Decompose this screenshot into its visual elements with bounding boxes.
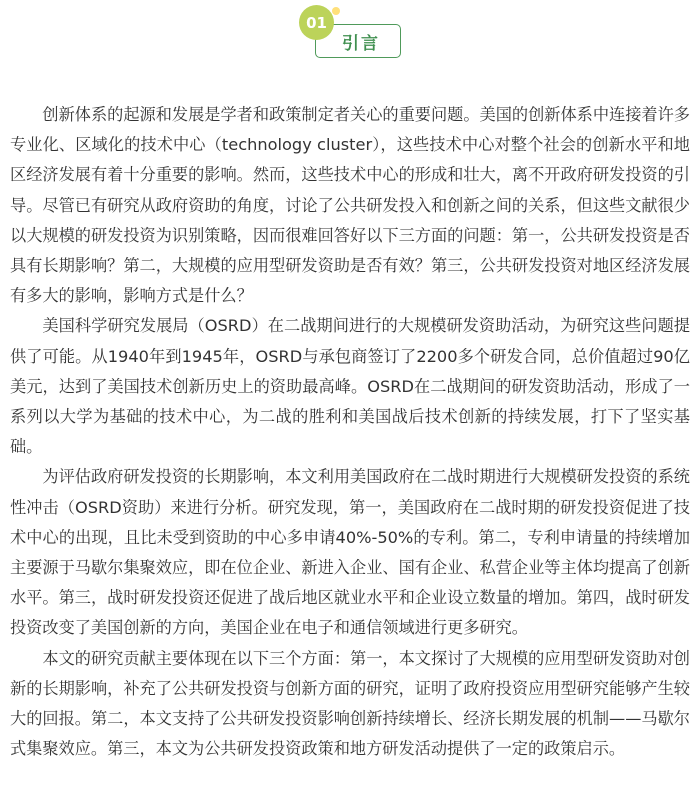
decorative-dot-icon	[332, 7, 340, 15]
section-title: 引言	[342, 29, 380, 54]
section-number-badge: 01	[299, 5, 334, 40]
article-body: 创新体系的起源和发展是学者和政策制定者关心的重要问题。美国的创新体系中连接着许多…	[10, 100, 690, 764]
paragraph-osrd: 美国科学研究发展局（OSRD）在二战期间进行的大规模研发资助活动，为研究这些问题…	[10, 311, 690, 462]
paragraph-findings: 为评估政府研发投资的长期影响，本文利用美国政府在二战时期进行大规模研发投资的系统…	[10, 462, 690, 643]
paragraph-contributions: 本文的研究贡献主要体现在以下三个方面：第一，本文探讨了大规模的应用型研发资助对创…	[10, 644, 690, 765]
paragraph-intro: 创新体系的起源和发展是学者和政策制定者关心的重要问题。美国的创新体系中连接着许多…	[10, 100, 690, 311]
section-header: 01 引言	[0, 0, 700, 70]
